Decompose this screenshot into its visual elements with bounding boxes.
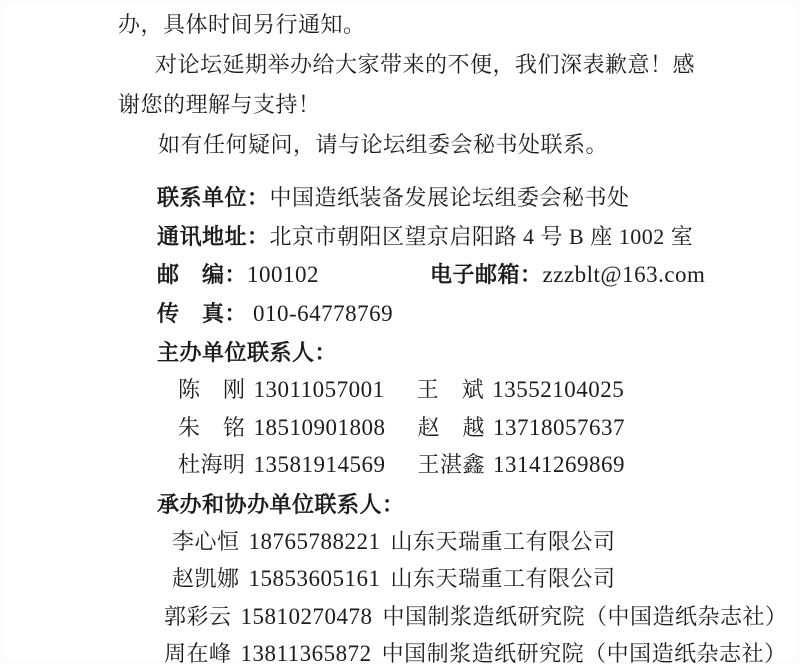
contact-postcode-value: 100102 [247, 262, 319, 287]
contact-name: 周在峰 [164, 641, 232, 664]
contact-phone: 13718057637 [493, 415, 625, 440]
contact-organization: 中国制浆造纸研究院（中国造纸杂志社） [382, 641, 787, 664]
contact-name: 王 斌 [417, 377, 485, 402]
contact-phone: 13011057001 [254, 377, 385, 402]
organizer-contact-row: 朱 铭18510901808赵 越13718057637 [178, 413, 625, 443]
intro-line-3: 谢您的理解与支持！ [118, 90, 321, 120]
cohost-contacts-heading: 承办和协办单位联系人： [157, 490, 405, 520]
cohost-contact-row: 周在峰13811365872中国制浆造纸研究院（中国造纸杂志社） [164, 639, 787, 664]
contact-unit-label: 联系单位： [157, 185, 270, 210]
contact-organization: 山东天瑞重工有限公司 [391, 566, 616, 591]
contact-name: 陈 刚 [178, 377, 246, 402]
cohost-contact-row: 郭彩云15810270478中国制浆造纸研究院（中国造纸杂志社） [164, 602, 788, 632]
contact-email-label: 电子邮箱： [430, 262, 543, 287]
contact-name: 王湛鑫 [418, 452, 486, 477]
contact-email-value: zzzblt@163.com [543, 262, 706, 287]
contact-name: 郭彩云 [164, 604, 232, 629]
contact-phone: 13581914569 [254, 452, 386, 477]
contact-email-part: 电子邮箱：zzzblt@163.com [430, 260, 705, 290]
organizer-contact-row: 杜海明13581914569王湛鑫13141269869 [178, 450, 625, 480]
scanned-notice-page: 办，具体时间另行通知。 对论坛延期举办给大家带来的不便，我们深表歉意！感 谢您的… [0, 0, 800, 664]
contact-phone: 15853605161 [249, 566, 381, 591]
contact-name: 杜海明 [178, 452, 246, 477]
contact-name: 赵凯娜 [172, 566, 240, 591]
contact-phone: 18765788221 [249, 529, 381, 554]
contact-phone: 18510901808 [254, 415, 386, 440]
contact-address-label: 通讯地址： [157, 224, 270, 249]
contact-organization: 中国制浆造纸研究院（中国造纸杂志社） [383, 604, 788, 629]
contact-unit-value: 中国造纸装备发展论坛组委会秘书处 [270, 185, 630, 210]
contact-address-value: 北京市朝阳区望京启阳路 4 号 B 座 1002 室 [270, 224, 694, 249]
cohost-contact-row: 李心恒18765788221山东天瑞重工有限公司 [172, 527, 616, 557]
organizer-contact-row: 陈 刚13011057001王 斌13552104025 [178, 375, 624, 405]
cohost-contact-row: 赵凯娜15853605161山东天瑞重工有限公司 [172, 564, 616, 594]
intro-line-1: 办，具体时间另行通知。 [118, 10, 366, 40]
contact-name: 李心恒 [172, 529, 240, 554]
contact-fax-label: 传 真： [157, 301, 247, 326]
intro-line-4: 如有任何疑问，请与论坛组委会秘书处联系。 [158, 130, 608, 160]
contact-organization: 山东天瑞重工有限公司 [391, 529, 616, 554]
organizer-contacts-heading: 主办单位联系人： [157, 338, 337, 368]
contact-fax-value: 010-64778769 [253, 301, 393, 326]
contact-postcode-email-row: 邮 编：100102 电子邮箱：zzzblt@163.com [157, 260, 757, 290]
contact-phone: 13552104025 [492, 377, 624, 402]
contact-phone: 13141269869 [493, 452, 625, 477]
contact-postcode-label: 邮 编： [157, 262, 247, 287]
contact-name: 朱 铭 [178, 415, 246, 440]
contact-unit-row: 联系单位：中国造纸装备发展论坛组委会秘书处 [157, 183, 630, 213]
contact-fax-row: 传 真：010-64778769 [157, 299, 393, 329]
intro-line-2: 对论坛延期举办给大家带来的不便，我们深表歉意！感 [155, 50, 695, 80]
contact-address-row: 通讯地址：北京市朝阳区望京启阳路 4 号 B 座 1002 室 [157, 222, 693, 252]
contact-name: 赵 越 [418, 415, 486, 440]
contact-phone: 13811365872 [241, 641, 372, 664]
contact-phone: 15810270478 [241, 604, 373, 629]
